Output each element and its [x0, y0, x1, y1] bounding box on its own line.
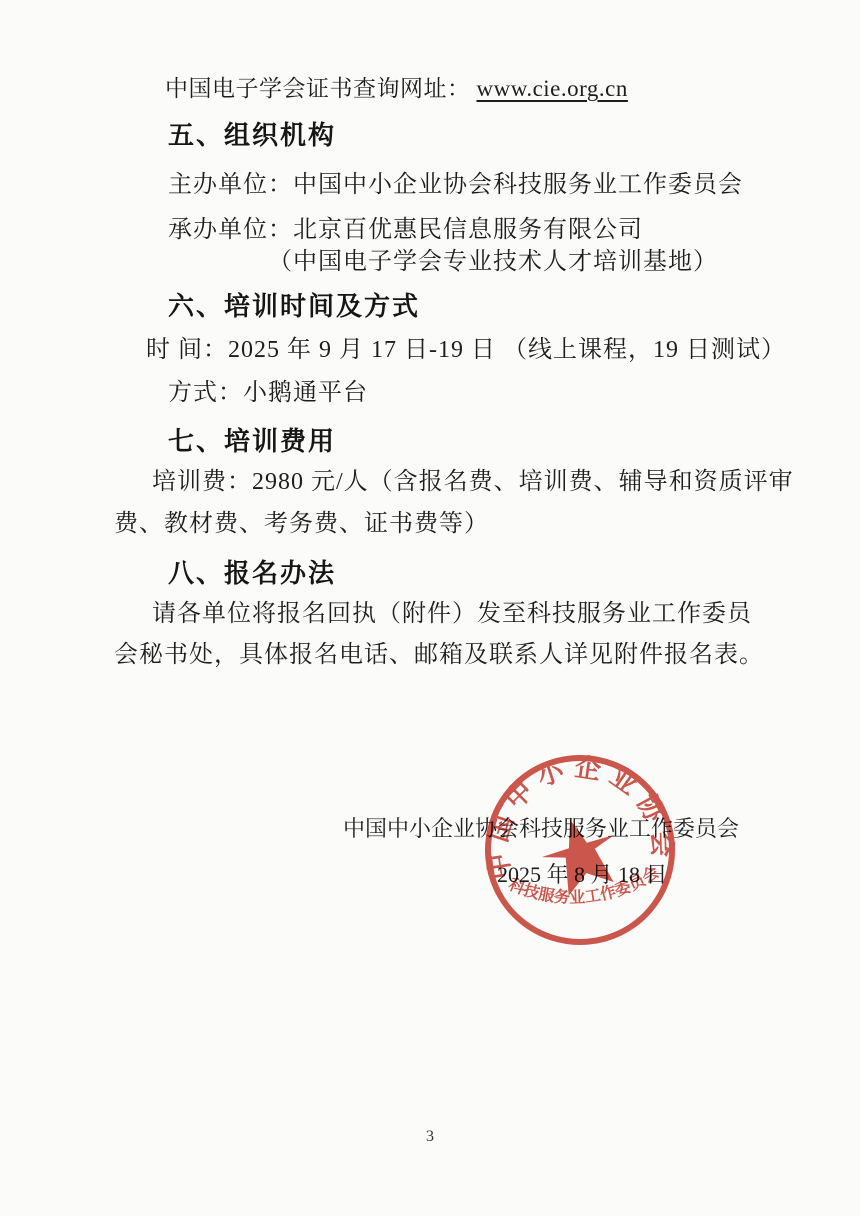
cert-query-line: 中国电子学会证书查询网址：www.cie.org.cn — [165, 75, 628, 103]
organizer-unit-line: 承办单位：北京百优惠民信息服务有限公司 — [168, 216, 643, 245]
cert-query-prefix: 中国电子学会证书查询网址： — [165, 76, 471, 101]
registration-line-1: 请各单位将报名回执（附件）发至科技服务业工作委员 — [152, 600, 752, 629]
host-unit-line: 主办单位：中国中小企业协会科技服务业工作委员会 — [168, 171, 743, 200]
cert-query-url[interactable]: www.cie.org.cn — [477, 76, 628, 101]
fee-line-2: 费、教材费、考务费、证书费等） — [114, 510, 489, 539]
registration-line-2: 会秘书处，具体报名电话、邮箱及联系人详见附件报名表。 — [114, 641, 764, 670]
section7-heading: 七、培训费用 — [168, 426, 336, 457]
section8-heading: 八、报名办法 — [168, 558, 336, 589]
organizer-note-line: （中国电子学会专业技术人才培训基地） — [268, 248, 718, 277]
document-page: 中国电子学会证书查询网址：www.cie.org.cn 五、组织机构 主办单位：… — [0, 0, 860, 1216]
page-number: 3 — [0, 1128, 860, 1146]
official-seal: 中国中小企业协会 科技服务业工作委员会 — [478, 748, 682, 952]
section5-heading: 五、组织机构 — [168, 120, 336, 151]
fee-line-1: 培训费：2980 元/人（含报名费、培训费、辅导和资质评审 — [152, 468, 794, 497]
training-method-line: 方式：小鹅通平台 — [168, 379, 368, 408]
training-time-line: 时 间：2025 年 9 月 17 日-19 日 （线上课程，19 日测试） — [146, 336, 786, 365]
section6-heading: 六、培训时间及方式 — [168, 291, 420, 322]
